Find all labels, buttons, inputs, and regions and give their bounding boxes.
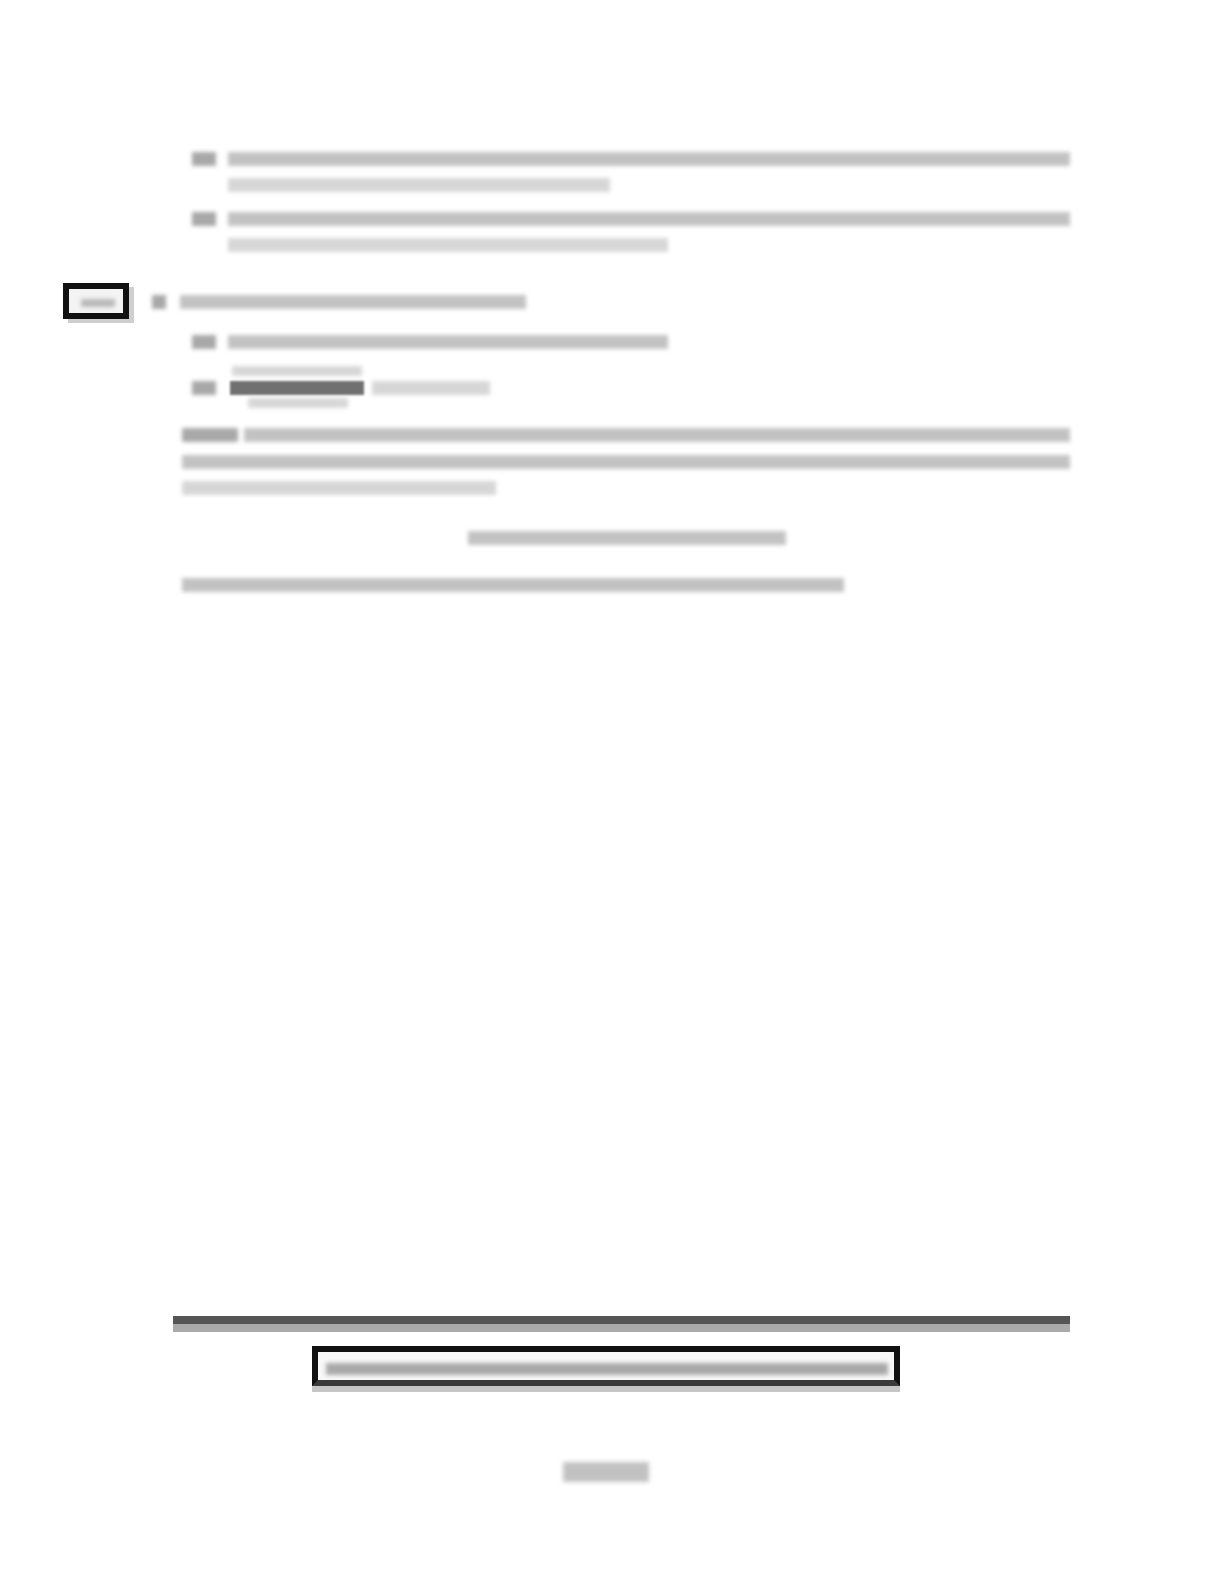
score-tag: [illegible] xyxy=(63,283,129,319)
fraction-numerator xyxy=(232,366,362,376)
subitem-a-equation: [illegible] xyxy=(0,0,1,1)
item-label xyxy=(192,381,216,395)
text-line xyxy=(228,152,1070,166)
text-line xyxy=(228,238,668,252)
item-label xyxy=(192,212,216,226)
problem-prompt-text: [illegible] xyxy=(0,0,1,1)
prior-item-b-text: [illegible] xyxy=(0,0,1,1)
paragraph-lead-bold xyxy=(182,428,238,442)
item-label xyxy=(192,335,216,349)
text-line xyxy=(182,481,496,495)
prior-item-c-text: [illegible] xyxy=(0,0,1,1)
text-line xyxy=(182,455,1070,469)
text-line xyxy=(182,578,844,592)
equation-line xyxy=(228,335,668,349)
equation-line xyxy=(468,531,786,545)
end-rule xyxy=(173,1316,1070,1324)
text-line xyxy=(228,212,1070,226)
end-banner: [illegible] xyxy=(312,1346,900,1386)
text-line xyxy=(180,295,526,309)
problem-number xyxy=(152,295,166,309)
end-rule-shadow xyxy=(173,1324,1070,1332)
page-number: [illegible] xyxy=(563,1462,649,1482)
paragraph-text: [illegible] xyxy=(0,0,1,1)
text-line xyxy=(228,178,610,192)
equation-rhs xyxy=(372,381,490,395)
item-label xyxy=(192,152,216,166)
text-line xyxy=(244,428,1070,442)
fraction-bar xyxy=(230,381,364,395)
fraction-denominator xyxy=(248,398,348,408)
